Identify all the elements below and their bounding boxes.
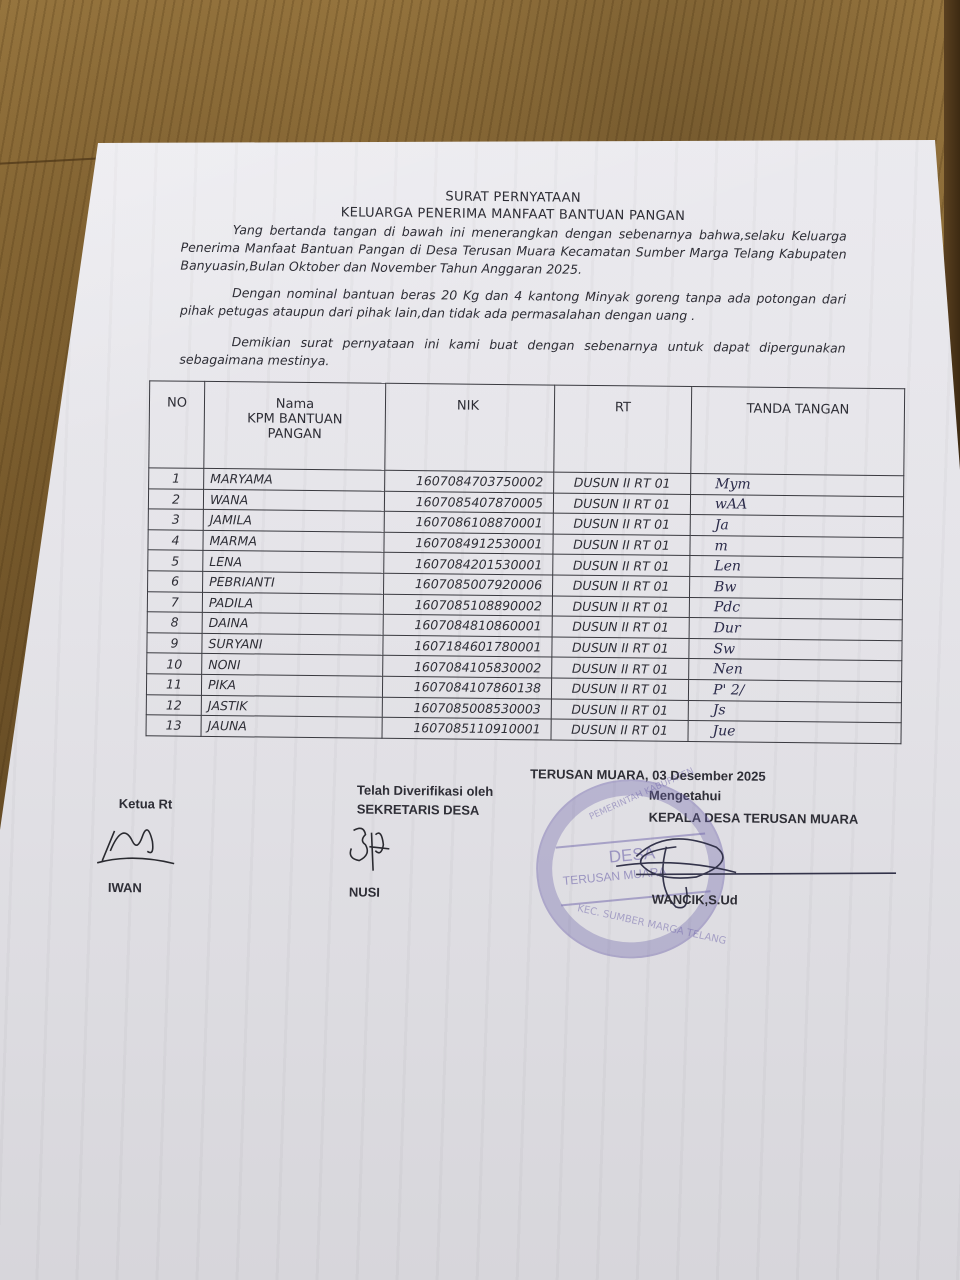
row-nik: 1607084810860001 <box>383 614 552 636</box>
row-no: 7 <box>147 591 202 612</box>
row-name: NONI <box>202 654 383 676</box>
paragraph-closing: Demikian surat pernyataan ini kami buat … <box>179 333 845 376</box>
row-signature: Pdc <box>689 597 902 620</box>
village-head-signature-icon <box>596 826 897 919</box>
row-name: PEBRIANTI <box>203 571 384 593</box>
header-nik: NIK <box>385 383 555 472</box>
paragraph-nominal: Dengan nominal bantuan beras 20 Kg dan 4… <box>180 284 846 327</box>
secretary-role: SEKRETARIS DESA <box>357 802 480 818</box>
row-nik: 1607084105830002 <box>383 656 552 678</box>
secretary-verified-label: Telah Diverifikasi oleh <box>357 783 493 799</box>
row-rt: DUSUN II RT 01 <box>553 534 690 556</box>
row-nik: 1607085007920006 <box>384 573 553 595</box>
row-nik: 1607085110910001 <box>382 717 551 739</box>
row-name: MARYAMA <box>204 468 385 490</box>
row-signature: Js <box>688 700 901 723</box>
row-rt: DUSUN II RT 01 <box>551 719 688 741</box>
header-name-line3: PANGAN <box>211 426 379 443</box>
village-head-name: WANCIK,S.Ud <box>652 892 738 908</box>
row-nik: 1607084201530001 <box>384 553 553 575</box>
row-rt: DUSUN II RT 01 <box>552 596 689 618</box>
row-rt: DUSUN II RT 01 <box>551 699 688 721</box>
row-no: 12 <box>146 694 201 715</box>
row-no: 1 <box>149 468 204 489</box>
row-rt: DUSUN II RT 01 <box>553 513 690 535</box>
row-name: WANA <box>203 489 384 511</box>
row-nik: 1607084703750002 <box>385 470 554 492</box>
row-rt: DUSUN II RT 01 <box>553 493 690 515</box>
document-content: SURAT PERNYATAAN KELUARGA PENERIMA MANFA… <box>0 0 960 1280</box>
rt-head-name: IWAN <box>108 880 142 895</box>
row-name: SURYANI <box>202 633 383 655</box>
row-signature: m <box>690 535 903 558</box>
row-name: LENA <box>203 551 384 573</box>
row-no: 8 <box>147 612 202 633</box>
header-name-line2: KPM BANTUAN <box>211 411 379 428</box>
row-nik: 1607184601780001 <box>383 635 552 657</box>
row-name: JAUNA <box>201 716 382 738</box>
row-no: 13 <box>146 715 201 736</box>
secretary-name: NUSI <box>349 884 380 899</box>
row-name: JASTIK <box>201 695 382 717</box>
row-signature: P' 2/ <box>688 679 901 702</box>
paragraph-statement: Yang bertanda tangan di bawah ini menera… <box>180 221 847 282</box>
row-no: 6 <box>148 571 203 592</box>
row-signature: Mym <box>691 473 904 496</box>
header-no: NO <box>149 381 205 469</box>
header-name-line1: Nama <box>211 396 379 413</box>
row-name: PADILA <box>202 592 383 614</box>
row-rt: DUSUN II RT 01 <box>552 657 689 679</box>
row-signature: Dur <box>689 618 902 641</box>
row-nik: 1607085008530003 <box>382 697 551 719</box>
row-name: MARMA <box>203 530 384 552</box>
row-name: DAINA <box>202 613 383 635</box>
row-signature: wAA <box>690 494 903 517</box>
row-no: 2 <box>148 488 203 509</box>
row-nik: 1607084912530001 <box>384 532 553 554</box>
row-nik: 1607085407870005 <box>384 491 553 513</box>
header-signature: TANDA TANGAN <box>691 387 905 476</box>
row-rt: DUSUN II RT 01 <box>554 472 691 494</box>
row-no: 4 <box>148 530 203 551</box>
recipient-table: NO Nama KPM BANTUAN PANGAN NIK RT TANDA … <box>146 380 906 744</box>
header-rt: RT <box>554 385 692 473</box>
row-name: PIKA <box>201 674 382 696</box>
row-no: 9 <box>147 633 202 654</box>
rt-head-role: Ketua Rt <box>119 796 173 812</box>
row-signature: Ja <box>690 515 903 538</box>
secretary-signature-icon <box>341 820 412 876</box>
row-signature: Len <box>690 556 903 579</box>
row-rt: DUSUN II RT 01 <box>552 616 689 638</box>
row-signature: Bw <box>689 576 902 599</box>
row-signature: Jue <box>688 721 901 744</box>
row-nik: 1607085108890002 <box>383 594 552 616</box>
row-signature: Sw <box>689 638 902 661</box>
row-signature: Nen <box>689 659 902 682</box>
row-rt: DUSUN II RT 01 <box>551 678 688 700</box>
row-no: 5 <box>148 550 203 571</box>
row-name: JAMILA <box>203 510 384 532</box>
row-nik: 1607084107860138 <box>382 676 551 698</box>
row-nik: 1607086108870001 <box>384 511 553 533</box>
row-rt: DUSUN II RT 01 <box>553 575 690 597</box>
row-rt: DUSUN II RT 01 <box>553 554 690 576</box>
rt-head-signature-icon <box>92 811 183 872</box>
row-no: 11 <box>146 674 201 695</box>
row-no: 3 <box>148 509 203 530</box>
row-no: 10 <box>147 653 202 674</box>
row-rt: DUSUN II RT 01 <box>552 637 689 659</box>
header-name: Nama KPM BANTUAN PANGAN <box>204 381 386 470</box>
table-header-row: NO Nama KPM BANTUAN PANGAN NIK RT TANDA … <box>149 381 905 476</box>
